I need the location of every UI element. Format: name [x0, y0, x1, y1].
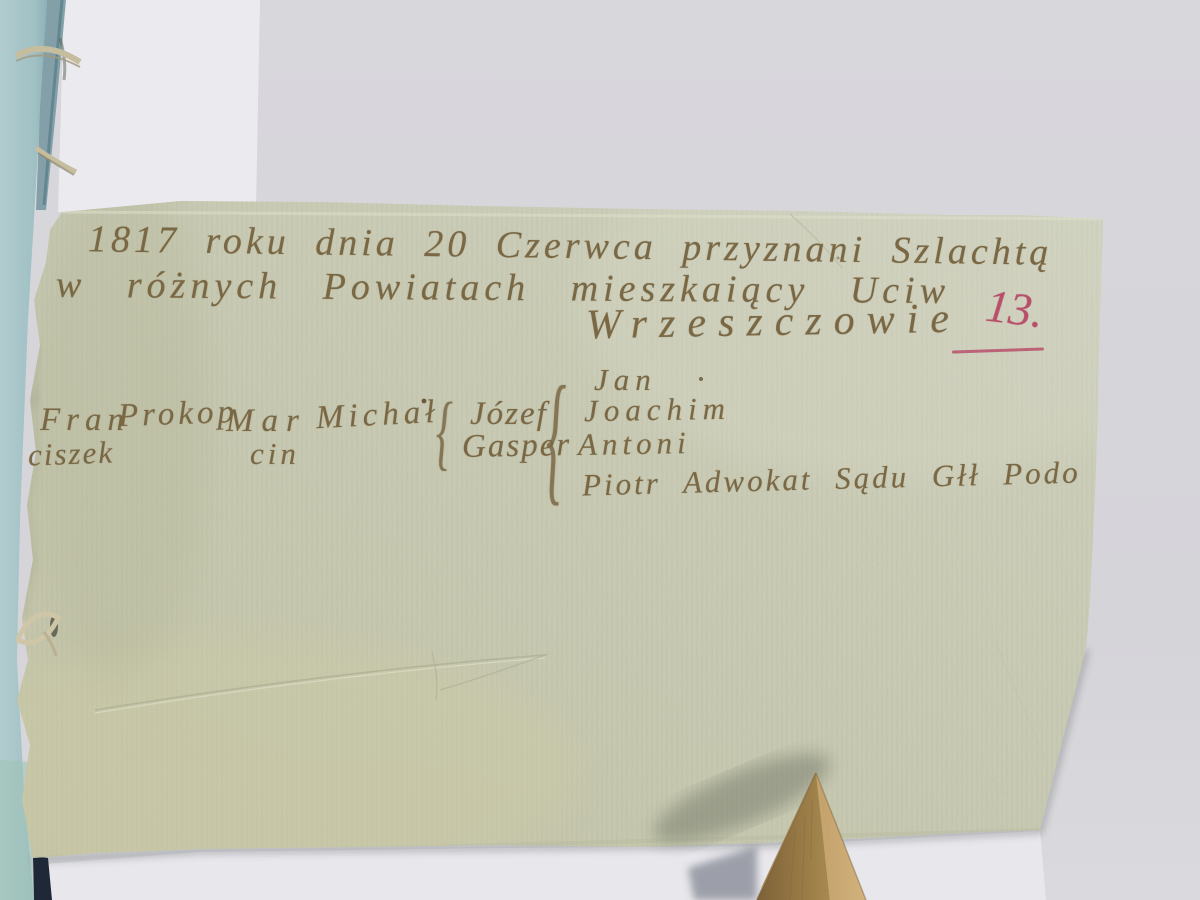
white-page-top [58, 0, 260, 212]
brace-name-list: { [546, 356, 566, 522]
brace-jozef: { [436, 386, 453, 482]
name-marcin-top: Mar [226, 403, 307, 440]
name-joachim: Joachim [584, 391, 732, 430]
archival-photo: 1817 roku dnia 20 Czerwca przyznani Szla… [0, 0, 1200, 900]
name-michal: Michał [315, 394, 440, 437]
family-name: Wrzeszczowie [586, 295, 962, 350]
name-prokop: Prokop [117, 394, 238, 435]
folio-number: 13. [983, 279, 1047, 339]
name-franciszek-bottom: ciszek [27, 435, 114, 474]
name-franciszek-top: Fran [40, 402, 130, 439]
name-marcin-bottom: cin [250, 436, 300, 472]
name-antoni: Antoni [578, 425, 691, 463]
